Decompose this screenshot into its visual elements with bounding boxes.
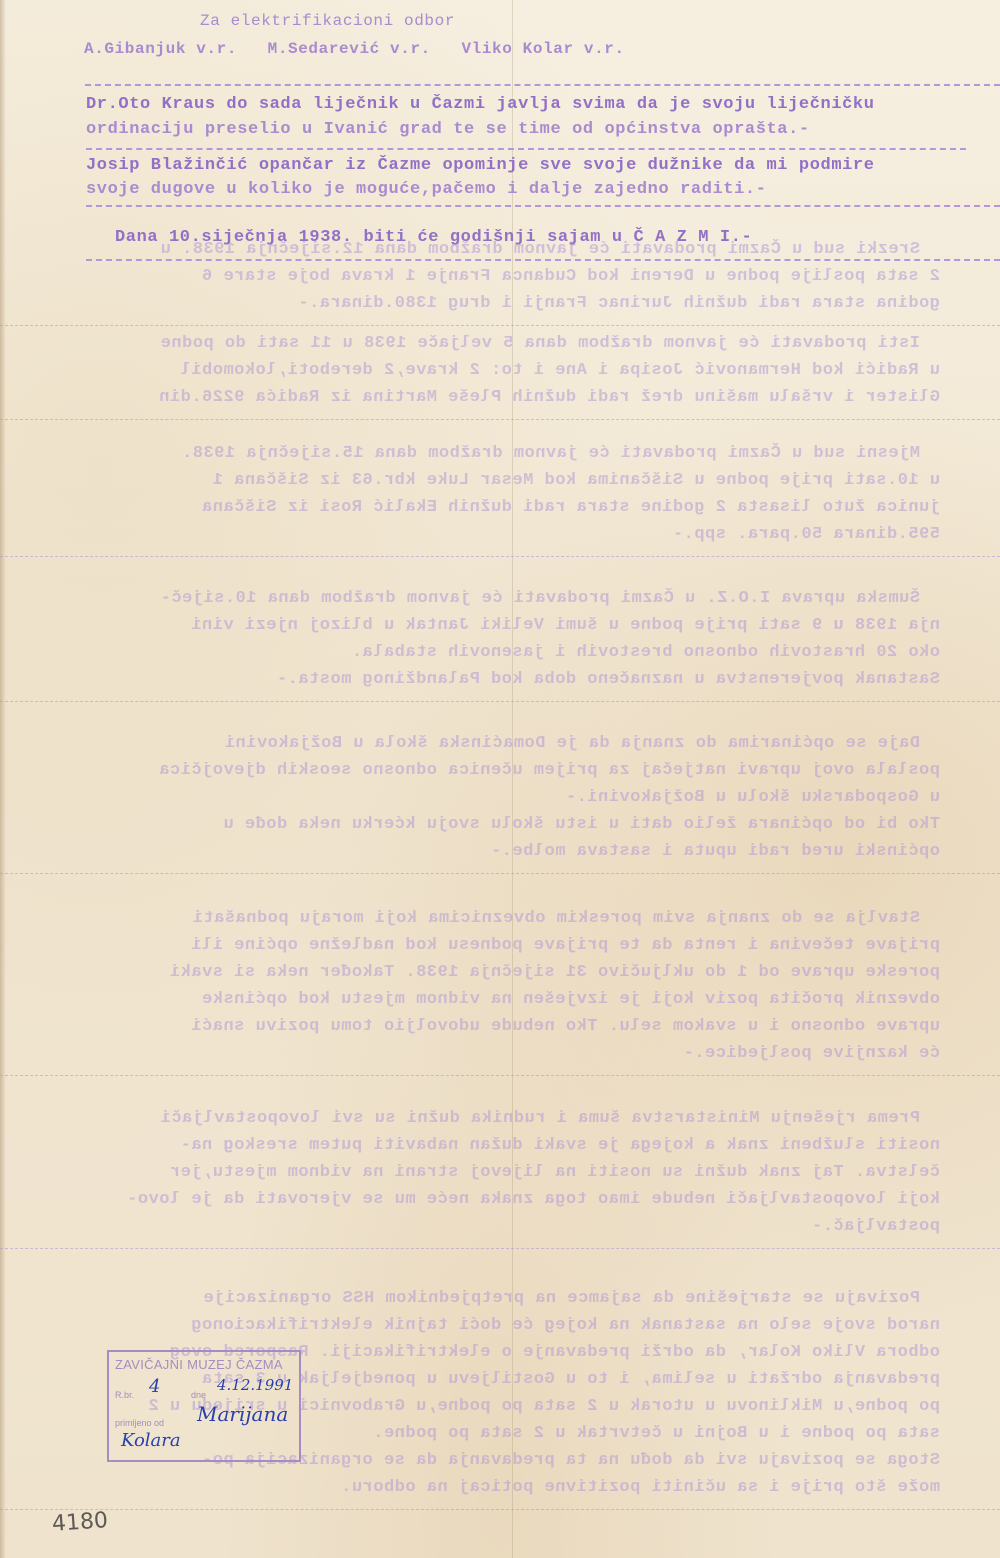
bleed-through-line: poreske uprave od 1 do uključivo 31 sije… xyxy=(0,959,1000,986)
bleed-through-line: Mjesni sud u Čazmi prodavati će javnom d… xyxy=(0,440,1000,467)
stamp-reg-value: 4 xyxy=(149,1376,160,1397)
bleed-through-line: Šumska uprava I.O.Z. u Čazmi prodavati ć… xyxy=(0,585,1000,612)
stamp-date-label: dne xyxy=(191,1390,206,1400)
bleed-through-line: u Gospodarsku školu u Božjakovini.- xyxy=(0,784,1000,811)
divider xyxy=(86,148,966,150)
bleed-through-line: poslala ovoj upravi natječaj za prijem u… xyxy=(0,757,1000,784)
bleed-through-line: uprave odnosno i u svakom selu. Tko nebu… xyxy=(0,1013,1000,1040)
bleed-through-block: Daje se općinarima do znanja da je Domać… xyxy=(0,730,1000,865)
bleed-through-line: godina stara radi dužnih Jurinac Franji … xyxy=(0,290,1000,317)
bleed-through-block: Isti prodavati će javnom dražbom dana 5 … xyxy=(0,330,1000,411)
bleed-through-block: Srezki sud u Čazmi prodavati će javnom d… xyxy=(0,236,1000,317)
divider xyxy=(0,325,1000,326)
bleed-through-line: junica žuto lisasta 2 godine stara radi … xyxy=(0,494,1000,521)
bleed-through-line: koji lovopostavljači nebude imao toga zn… xyxy=(0,1186,1000,1213)
bleed-through-line: Prema rješenju Ministarstva šuma i rudni… xyxy=(0,1105,1000,1132)
bleed-through-line: obveznik pročita poziv koji je izvješen … xyxy=(0,986,1000,1013)
bleed-through-line: Daje se općinarima do znanja da je Domać… xyxy=(0,730,1000,757)
stamp-received-value-2: Kolara xyxy=(121,1430,181,1451)
divider xyxy=(85,84,1000,86)
divider xyxy=(86,205,1000,207)
bleed-through-block: Stavlja se do znanja svim poreskim obvez… xyxy=(0,905,1000,1067)
bleed-through-line: u 10.sati prije podne u Siščanima kod Me… xyxy=(0,467,1000,494)
bleed-through-line: Sastanak povjerenstva u naznačeno doba k… xyxy=(0,666,1000,693)
bleed-through-line: prijave tečevina i renta da te prijave p… xyxy=(0,932,1000,959)
divider xyxy=(0,1248,1000,1249)
bleed-through-line: će kaznjive posljedice.- xyxy=(0,1040,1000,1067)
divider xyxy=(0,419,1000,420)
bleed-through-line: Glister i vršalu mašinu drež radi dužnih… xyxy=(0,384,1000,411)
divider xyxy=(86,259,1000,261)
bleed-through-line: 2 sata poslije podne u Dereni kod Cudanc… xyxy=(0,263,1000,290)
bleed-through-line: nositi službeni znak a kojega je svaki d… xyxy=(0,1132,1000,1159)
bleed-through-line: nja 1938 u 9 sati prije podne u šumi Vel… xyxy=(0,612,1000,639)
divider xyxy=(0,1075,1000,1076)
notice-blazincic-line-2: svoje dugove u koliko je moguće,pačemo i… xyxy=(86,180,767,199)
bleed-through-line: Pozivaju se starješine da sajamce na pre… xyxy=(0,1285,1000,1312)
bleed-through-line: općinski ured radi uputa i sastava molbe… xyxy=(0,838,1000,865)
bleed-through-block: Šumska uprava I.O.Z. u Čazmi prodavati ć… xyxy=(0,585,1000,693)
museum-stamp: ZAVIČAJNI MUZEJ ČAZMA R.br. 4 dne 4.12.1… xyxy=(107,1350,301,1462)
stamp-institution: ZAVIČAJNI MUZEJ ČAZMA xyxy=(115,1357,283,1372)
document-page: Srezki sud u Čazmi prodavati će javnom d… xyxy=(0,0,1000,1558)
bleed-through-line: Stavlja se do znanja svim poreskim obvez… xyxy=(0,905,1000,932)
bleed-through-line: Tko bi od općinara želio dati u istu ško… xyxy=(0,811,1000,838)
bleed-through-line: postavljač.- xyxy=(0,1213,1000,1240)
bleed-through-line: čelstva. Taj znak dužni su nositi na lij… xyxy=(0,1159,1000,1186)
divider xyxy=(0,1509,1000,1510)
stamp-date-value: 4.12.1991 xyxy=(217,1376,293,1394)
pencil-inventory-number: 4180 xyxy=(51,1508,109,1537)
bleed-through-line: u Radići kod Hermanović Josipa i Ane i t… xyxy=(0,357,1000,384)
notice-kraus-line-2: ordinaciju preselio u Ivanić grad te se … xyxy=(86,120,810,139)
bleed-through-line: narod svoje selo na sastanak na kojeg će… xyxy=(0,1312,1000,1339)
notice-kraus-line-1: Dr.Oto Kraus do sada liječnik u Čazmi ja… xyxy=(86,95,875,114)
divider xyxy=(0,701,1000,702)
notice-blazincic-line-1: Josip Blažinčić opančar iz Čazme opominj… xyxy=(86,156,875,175)
stamp-received-value-1: Marijana xyxy=(197,1402,288,1426)
divider xyxy=(0,873,1000,874)
committee-line: Za elektrifikacioni odbor xyxy=(200,12,455,30)
signatures-line: A.Gibanjuk v.r. M.Sedarević v.r. Vliko K… xyxy=(84,40,625,58)
bleed-through-line: 595.dinara 50.para. spp.- xyxy=(0,521,1000,548)
divider xyxy=(0,556,1000,557)
bleed-through-line: oko 20 hrastovih odnosno brestovih i jas… xyxy=(0,639,1000,666)
bleed-through-block: Mjesni sud u Čazmi prodavati će javnom d… xyxy=(0,440,1000,548)
bleed-through-line: može što prije i sa učiniti pozitivne po… xyxy=(0,1474,1000,1501)
notice-fair: Dana 10.siječnja 1938. biti će godišnji … xyxy=(115,228,752,247)
bleed-through-line: Isti prodavati će javnom dražbom dana 5 … xyxy=(0,330,1000,357)
stamp-reg-label: R.br. xyxy=(115,1390,134,1400)
bleed-through-block: Prema rješenju Ministarstva šuma i rudni… xyxy=(0,1105,1000,1240)
stamp-received-label: primljeno od xyxy=(115,1418,164,1428)
